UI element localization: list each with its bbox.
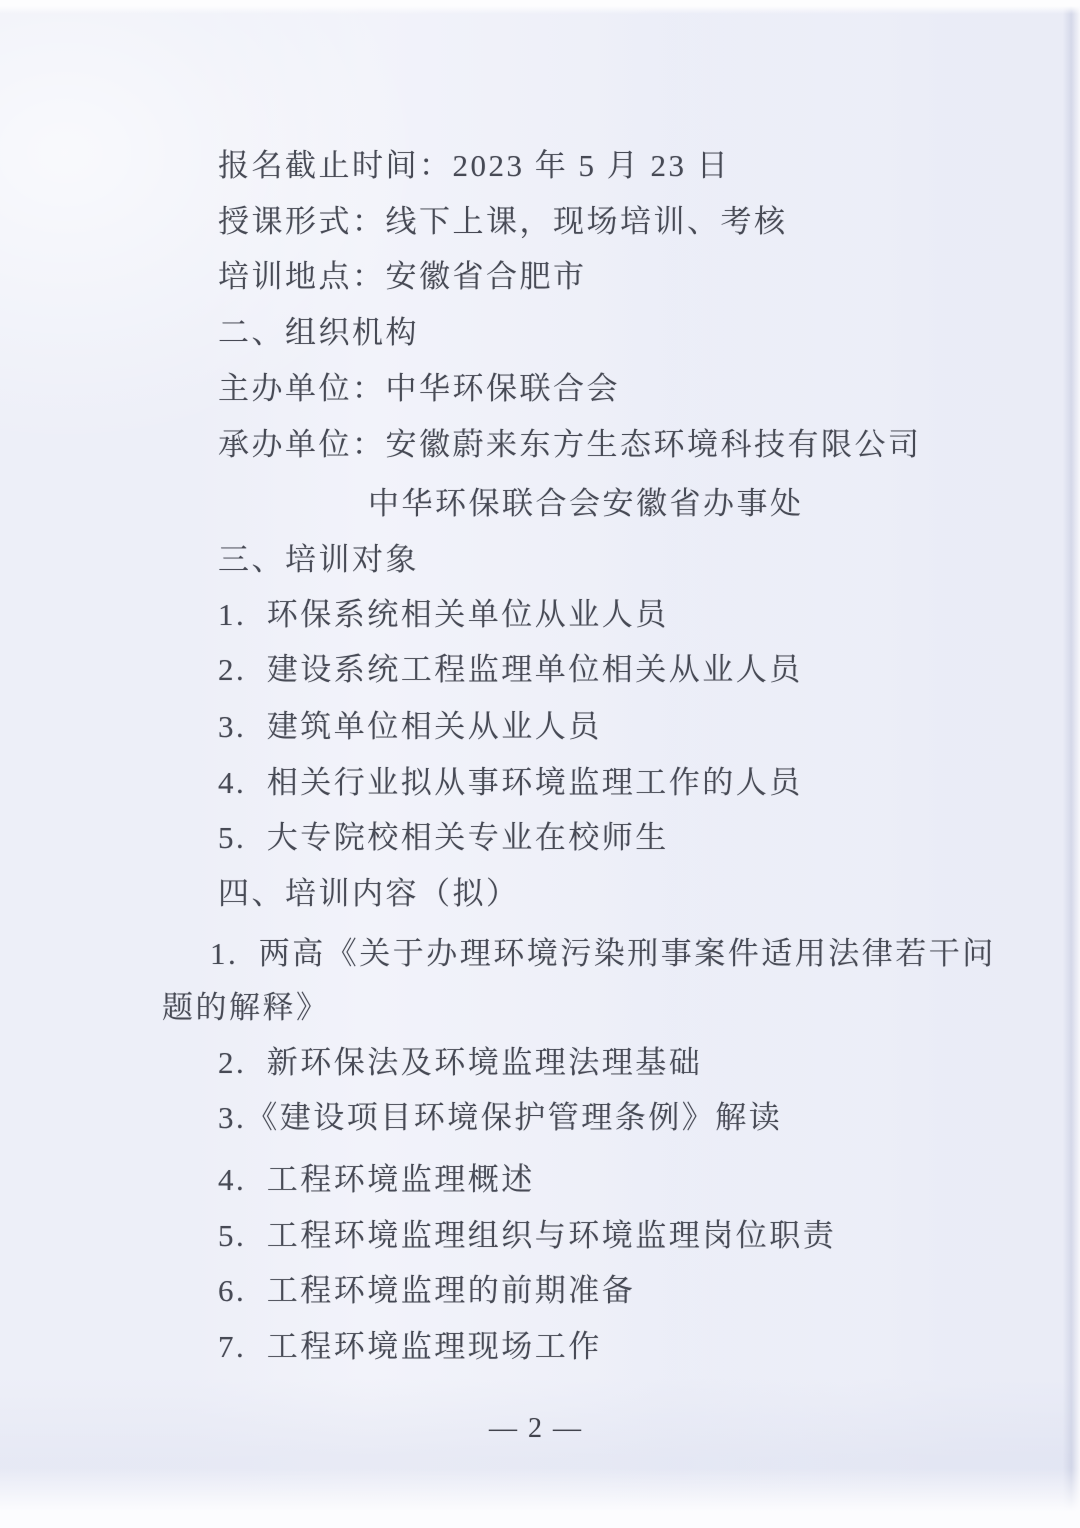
content-item-1: 1. 两高《关于办理环境污染刑事案件适用法律若干问 [210,937,996,971]
trainee-item-5: 5. 大专院校相关专业在校师生 [218,821,669,855]
heading-section-4-content: 四、培训内容（拟） [218,877,520,911]
page-number: — 2 — [489,1413,583,1445]
heading-section-3-trainees: 三、培训对象 [218,543,419,577]
line-training-location: 培训地点：安徽省合肥市 [218,260,587,294]
heading-section-2-organization: 二、组织机构 [218,316,419,350]
content-item-4: 4. 工程环境监理概述 [218,1163,535,1197]
content-item-1-wrap: 题的解释》 [162,991,330,1025]
content-item-3: 3.《建设项目环境保护管理条例》解读 [218,1101,782,1135]
trainee-item-4: 4. 相关行业拟从事环境监理工作的人员 [218,766,803,800]
trainee-item-3: 3. 建筑单位相关从业人员 [218,710,602,744]
content-item-7: 7. 工程环境监理现场工作 [218,1330,602,1364]
line-co-organizer: 承办单位：安徽蔚来东方生态环境科技有限公司 [218,428,922,462]
trainee-item-2: 2. 建设系统工程监理单位相关从业人员 [218,653,803,687]
line-registration-deadline: 报名截止时间：2023 年 5 月 23 日 [218,149,730,183]
line-teaching-format: 授课形式：线下上课，现场培训、考核 [218,205,788,239]
content-item-2: 2. 新环保法及环境监理法理基础 [218,1046,702,1080]
document-page: 报名截止时间：2023 年 5 月 23 日 授课形式：线下上课，现场培训、考核… [0,0,1080,1528]
line-host-organizer: 主办单位：中华环保联合会 [218,372,620,406]
line-co-organizer-continued: 中华环保联合会安徽省办事处 [368,487,804,521]
trainee-item-1: 1. 环保系统相关单位从业人员 [218,598,669,632]
content-item-6: 6. 工程环境监理的前期准备 [218,1274,635,1308]
content-item-5: 5. 工程环境监理组织与环境监理岗位职责 [218,1219,836,1253]
